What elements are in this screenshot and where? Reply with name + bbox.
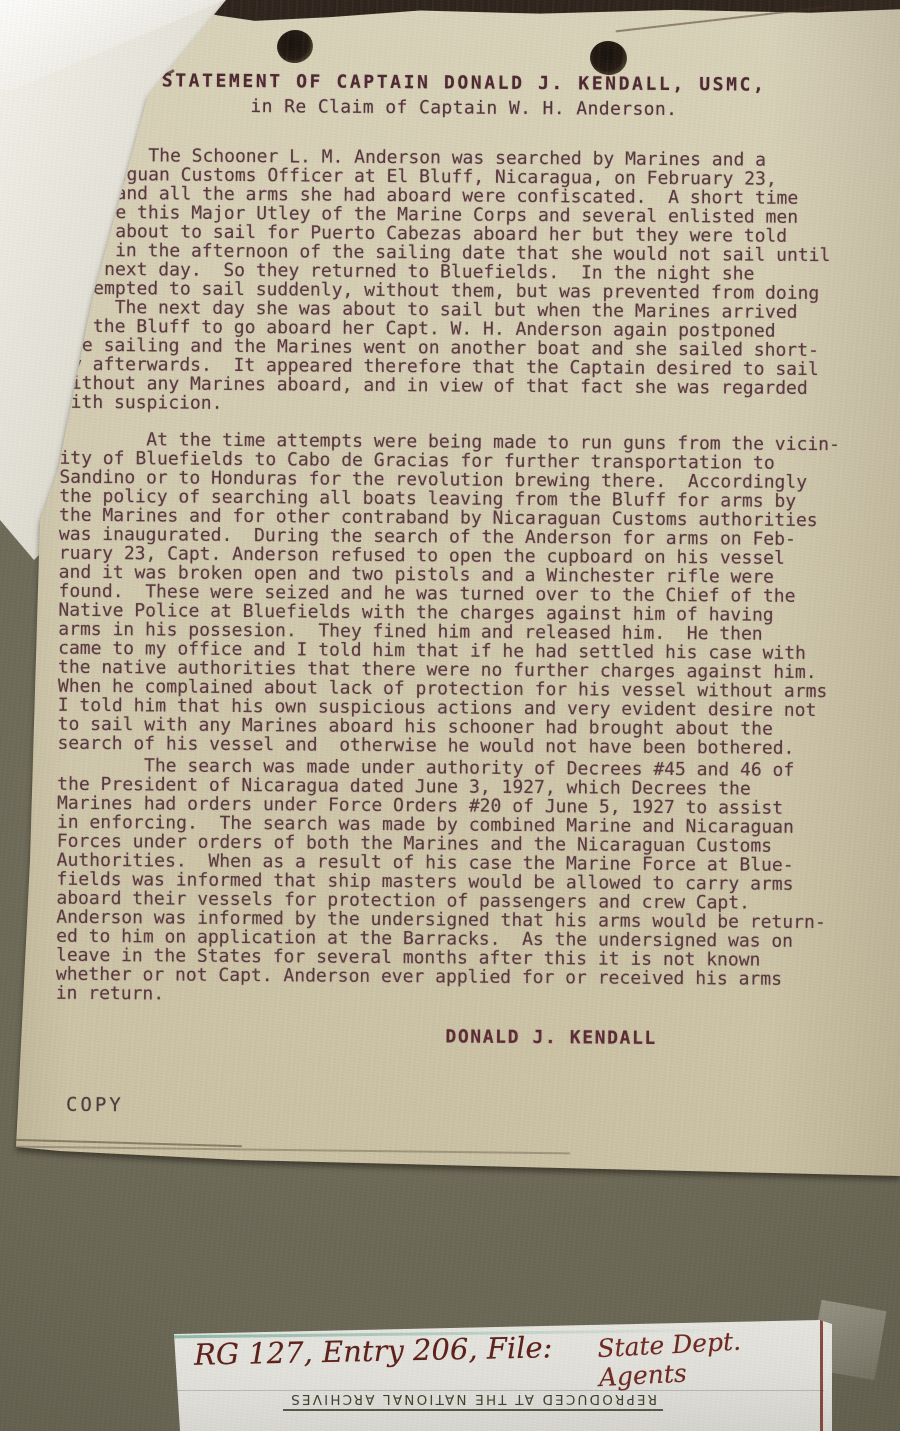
paragraph-3: The search was made under authority of D… bbox=[56, 756, 827, 1008]
paragraph-1: The Schooner L. M. Anderson was searched… bbox=[60, 146, 831, 417]
document-paper: STATEMENT OF CAPTAIN DONALD J. KENDALL, … bbox=[0, 0, 900, 1431]
text-line: whether or not Capt. Anderson ever appli… bbox=[56, 965, 826, 989]
signature-name: DONALD J. KENDALL bbox=[445, 1026, 657, 1048]
copy-stamp: COPY bbox=[66, 1094, 124, 1116]
handwritten-file-name: State Dept. Agents bbox=[597, 1322, 834, 1392]
title-line-2: in Re Claim of Captain W. H. Anderson. bbox=[14, 94, 900, 121]
archive-reference-card: RG 127, Entry 206, File: State Dept. Age… bbox=[168, 1320, 832, 1431]
paragraph-2: At the time attempts were being made to … bbox=[57, 430, 840, 758]
document-title: STATEMENT OF CAPTAIN DONALD J. KENDALL, … bbox=[14, 69, 900, 121]
card-right-edge-line bbox=[820, 1320, 823, 1431]
title-line-1: STATEMENT OF CAPTAIN DONALD J. KENDALL, … bbox=[14, 69, 900, 96]
handwritten-record-group-note: RG 127, Entry 206, File: bbox=[194, 1330, 553, 1371]
archival-photo: STATEMENT OF CAPTAIN DONALD J. KENDALL, … bbox=[0, 0, 900, 1431]
document-paper-wrapper: STATEMENT OF CAPTAIN DONALD J. KENDALL, … bbox=[0, 0, 900, 1431]
typewritten-text-layer: STATEMENT OF CAPTAIN DONALD J. KENDALL, … bbox=[0, 0, 900, 1431]
national-archives-stamp: REPRODUCED AT THE NATIONAL ARCHIVES bbox=[283, 1391, 663, 1411]
text-line: search of his vessel and otherwise he wo… bbox=[57, 734, 837, 758]
